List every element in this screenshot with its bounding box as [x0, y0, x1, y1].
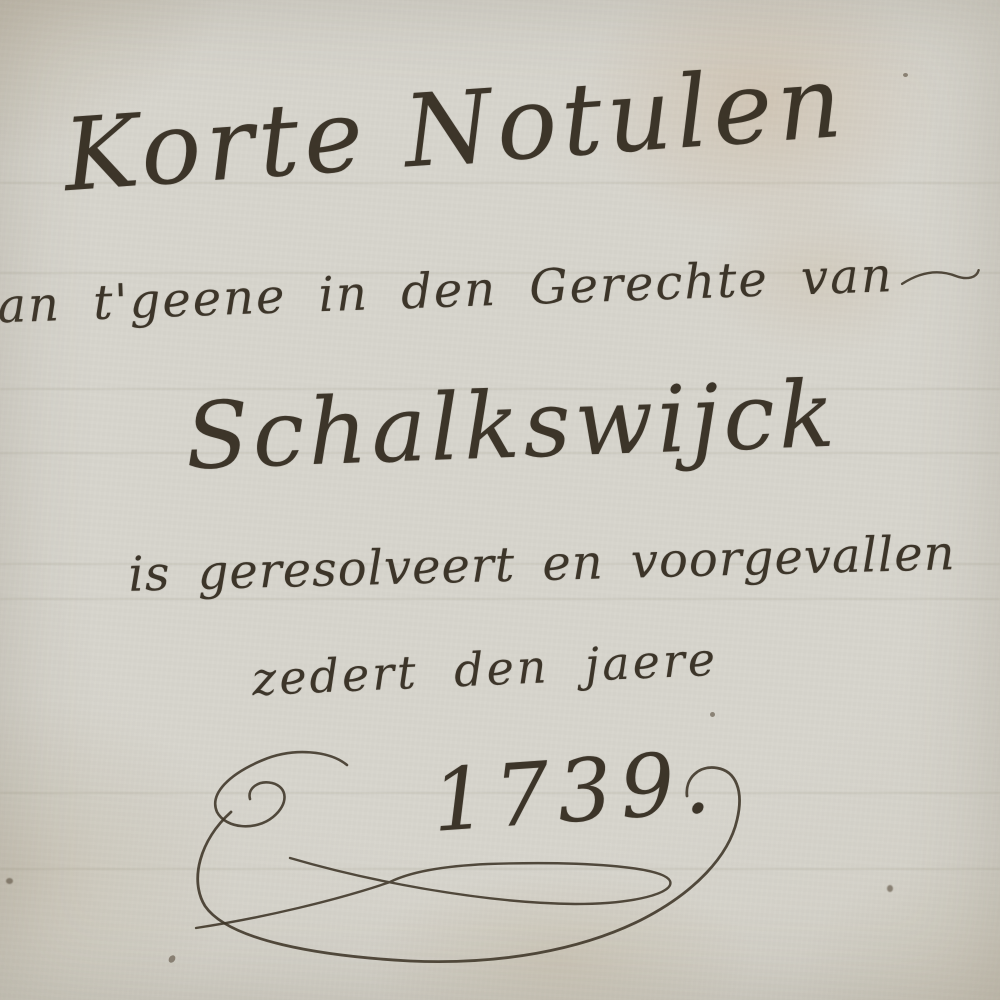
resolution-text: is geresolveert en voorgevallen — [128, 525, 957, 603]
ink-speck — [710, 712, 715, 717]
calligraphic-flourish-icon — [150, 735, 790, 980]
manuscript-page: Korte Notulen van t'geene in den Gerecht… — [0, 0, 1000, 1000]
year-intro-text: zedert den jaere — [251, 632, 719, 706]
subtitle-line: van t'geene in den Gerechte van — [0, 245, 969, 336]
title-text: Korte Notulen — [60, 43, 850, 214]
ink-speck — [887, 885, 893, 892]
place-name-line: Schalkswijck — [10, 355, 1000, 497]
title-line: Korte Notulen — [0, 35, 958, 221]
place-name-text: Schalkswijck — [184, 361, 840, 491]
ink-speck — [6, 878, 13, 884]
year-intro-line: zedert den jaere — [0, 620, 986, 718]
resolution-line: is geresolveert en voorgevallen — [41, 523, 1000, 605]
subtitle-text: van t'geene in den Gerechte van — [0, 247, 895, 335]
pen-swash-icon — [899, 263, 982, 292]
